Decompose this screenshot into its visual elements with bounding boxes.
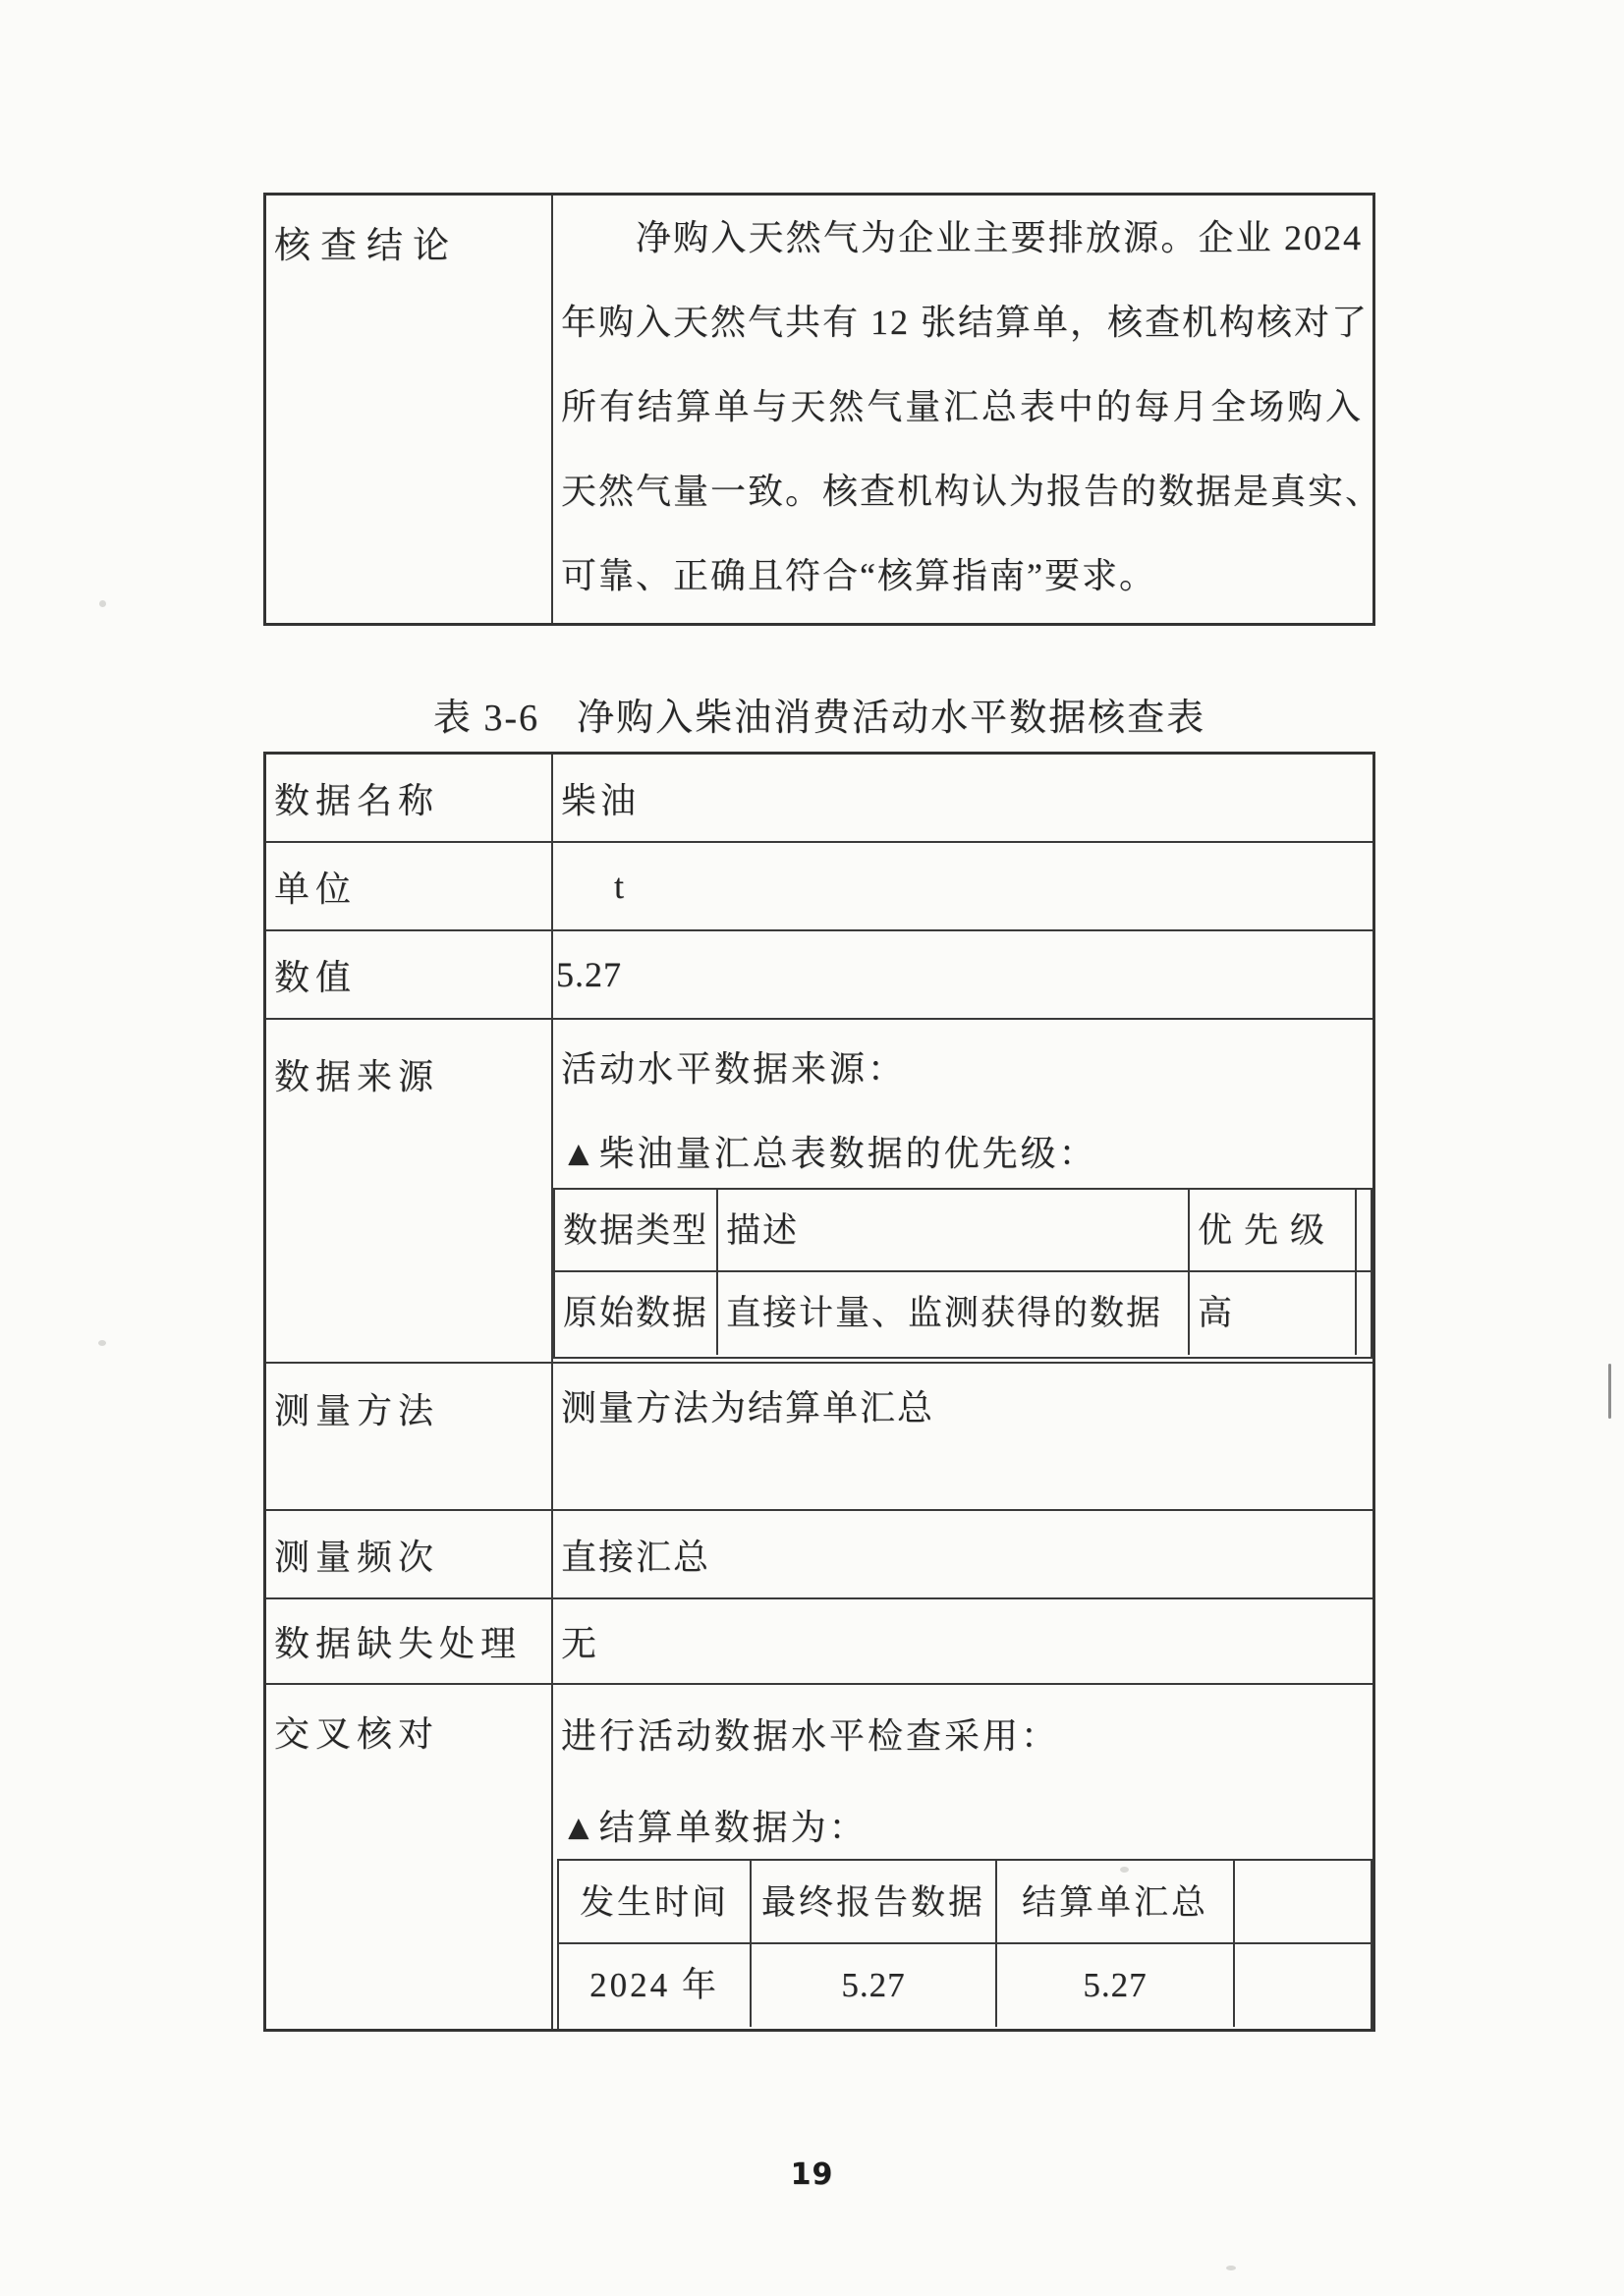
row-value: t	[553, 843, 1372, 929]
conclusion-line: 所有结算单与天然气量汇总表中的每月全场购入	[561, 364, 1363, 449]
row-value: 直接汇总	[553, 1511, 1372, 1597]
empty-cell	[1357, 1272, 1371, 1355]
cell-priority: 高	[1190, 1272, 1357, 1355]
scan-speck	[1120, 1867, 1129, 1873]
empty-cell	[1357, 1190, 1371, 1270]
table-row-data-source: 数据来源 活动水平数据来源： ▲柴油量汇总表数据的优先级： 数据类型 描述 优先…	[266, 1018, 1372, 1362]
row-content: 活动水平数据来源： ▲柴油量汇总表数据的优先级： 数据类型 描述 优先级 原始数…	[553, 1020, 1372, 1362]
row-label: 数据缺失处理	[266, 1599, 553, 1683]
data-source-line1: 活动水平数据来源：	[561, 1041, 906, 1092]
inner-table-data-row: 原始数据 直接计量、监测获得的数据 高	[555, 1272, 1371, 1355]
header-final-report-data: 最终报告数据	[752, 1861, 997, 1942]
row-value: 5.27	[553, 931, 1372, 1018]
table-title: 表 3-6净购入柴油消费活动水平数据核查表	[263, 687, 1375, 741]
cell-year: 2024 年	[559, 1944, 752, 2027]
header-data-type: 数据类型	[555, 1190, 718, 1270]
cell-final-report-value: 5.27	[752, 1944, 997, 2027]
data-name-value: 柴油	[553, 773, 640, 823]
scan-speck	[98, 1340, 106, 1346]
numeric-value: 5.27	[553, 954, 622, 995]
scan-artifact-mark	[1608, 1364, 1611, 1419]
table-number: 表 3-6	[433, 698, 539, 739]
scanned-document-page: 核查结论 净购入天然气为企业主要排放源。企业 2024 年购入天然气共有 12 …	[0, 0, 1624, 2296]
conclusion-label: 核查结论	[266, 196, 553, 623]
row-label: 单位	[266, 843, 553, 929]
row-label: 测量频次	[266, 1511, 553, 1597]
scan-speck	[1226, 2266, 1236, 2270]
inner-table-header-row: 发生时间 最终报告数据 结算单汇总	[559, 1861, 1371, 1944]
row-value: 柴油	[553, 755, 1372, 841]
scan-speck	[99, 600, 106, 607]
conclusion-text: 净购入天然气为企业主要排放源。企业 2024 年购入天然气共有 12 张结算单，…	[553, 196, 1372, 623]
settlement-inner-table: 发生时间 最终报告数据 结算单汇总 2024 年 5.27 5.27	[557, 1859, 1372, 2029]
header-occurrence-time: 发生时间	[559, 1861, 752, 1942]
row-value: 测量方法为结算单汇总	[553, 1364, 1372, 1509]
priority-inner-table: 数据类型 描述 优先级 原始数据 直接计量、监测获得的数据 高	[553, 1188, 1372, 1359]
row-value: 无	[553, 1599, 1372, 1683]
row-label: 数据来源	[266, 1020, 553, 1362]
diesel-verification-table: 数据名称 柴油 单位 t 数值 5.27 数据来源 活动水平数据来源： ▲柴油量…	[263, 752, 1375, 2032]
table-row-value: 数值 5.27	[266, 929, 1372, 1018]
cell-data-type: 原始数据	[555, 1272, 718, 1355]
conclusion-line: 净购入天然气为企业主要排放源。企业 2024	[561, 196, 1363, 280]
cross-check-line1: 进行活动数据水平检查采用：	[561, 1708, 1059, 1759]
table-row-missing-data: 数据缺失处理 无	[266, 1597, 1372, 1683]
data-source-line2: ▲柴油量汇总表数据的优先级：	[561, 1126, 1097, 1176]
row-content: 进行活动数据水平检查采用： ▲结算单数据为： 发生时间 最终报告数据 结算单汇总…	[553, 1685, 1372, 2029]
page-number: 19	[0, 2157, 1624, 2192]
cell-settlement-value: 5.27	[997, 1944, 1235, 2027]
row-label: 数值	[266, 931, 553, 1018]
measure-frequency-value: 直接汇总	[553, 1530, 710, 1580]
conclusion-line: 可靠、正确且符合“核算指南”要求。	[561, 533, 1363, 618]
row-label: 交叉核对	[266, 1685, 553, 2029]
cross-check-line2: ▲结算单数据为：	[561, 1800, 868, 1850]
header-settlement-summary: 结算单汇总	[997, 1861, 1235, 1942]
table-row-cross-check: 交叉核对 进行活动数据水平检查采用： ▲结算单数据为： 发生时间 最终报告数据 …	[266, 1683, 1372, 2029]
header-description: 描述	[718, 1190, 1190, 1270]
unit-value: t	[553, 866, 624, 907]
measure-method-value: 测量方法为结算单汇总	[561, 1380, 934, 1430]
empty-cell	[1235, 1861, 1371, 1942]
empty-cell	[1235, 1944, 1371, 2027]
table-row-measure-frequency: 测量频次 直接汇总	[266, 1509, 1372, 1597]
conclusion-line: 年购入天然气共有 12 张结算单，核查机构核对了	[561, 280, 1363, 364]
inner-table-header-row: 数据类型 描述 优先级	[555, 1190, 1371, 1272]
table-row-data-name: 数据名称 柴油	[266, 755, 1372, 841]
header-priority: 优先级	[1190, 1190, 1357, 1270]
missing-data-value: 无	[553, 1616, 596, 1666]
conclusion-line: 天然气量一致。核查机构认为报告的数据是真实、	[561, 449, 1363, 533]
cell-description: 直接计量、监测获得的数据	[718, 1272, 1190, 1355]
table-title-text: 净购入柴油消费活动水平数据核查表	[577, 698, 1205, 739]
table-row-measure-method: 测量方法 测量方法为结算单汇总	[266, 1362, 1372, 1509]
table-row-unit: 单位 t	[266, 841, 1372, 929]
conclusion-table: 核查结论 净购入天然气为企业主要排放源。企业 2024 年购入天然气共有 12 …	[263, 193, 1375, 626]
row-label: 数据名称	[266, 755, 553, 841]
inner-table-data-row: 2024 年 5.27 5.27	[559, 1944, 1371, 2027]
row-label: 测量方法	[266, 1364, 553, 1509]
